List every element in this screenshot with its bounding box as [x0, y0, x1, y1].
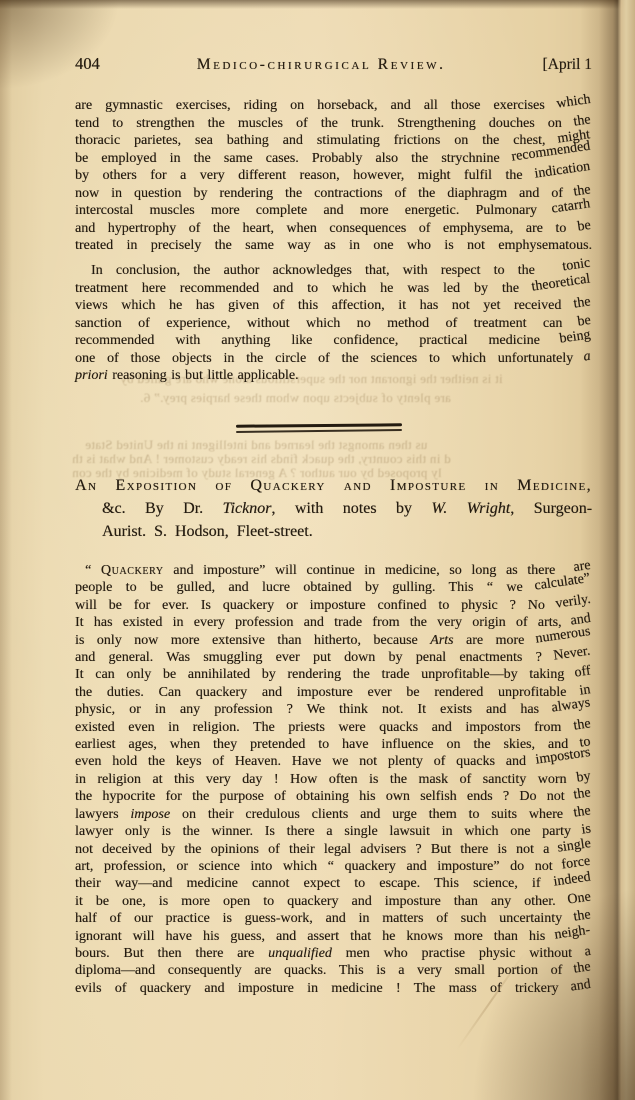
text-line: people to be gulled, and lucre obtained … — [75, 579, 592, 596]
paragraph-conclusion-2: In conclusion, the author acknowledges t… — [75, 262, 592, 385]
text-line: priori reasoning is but little applicabl… — [75, 367, 592, 385]
page-top-left-shadow — [0, 0, 120, 90]
article-title: An Exposition of Quackery and Imposture … — [75, 474, 592, 497]
section-divider-rule — [236, 424, 402, 431]
article-publisher: Aurist. S. Hodson, Fleet-street. — [75, 520, 592, 543]
text-line: is only now more extensive than hitherto… — [75, 632, 592, 649]
text-line: intercostal muscles more complete and mo… — [75, 202, 592, 220]
divider-thin-rule — [236, 429, 402, 433]
journal-title: Medico-chirurgical Review. — [197, 56, 446, 74]
text-line: In conclusion, the author acknowledges t… — [75, 262, 592, 280]
text-line: treatment here recommended and to which … — [75, 280, 592, 298]
page-bottom-right-curl-shadow — [465, 880, 635, 1100]
text-line: It has existed in every profession and t… — [75, 614, 592, 631]
text-line: physic, or in any profession ? We think … — [75, 701, 592, 718]
text-line: It can only be annihilated by rendering … — [75, 666, 592, 683]
text-line: now in question by rendering the contrac… — [75, 185, 592, 203]
text-line: even hold the keys of Heaven. Have we no… — [75, 753, 592, 770]
text-line: tend to strengthen the muscles of the tr… — [75, 115, 592, 133]
text-line: earliest ages, when they pretended to ha… — [75, 736, 592, 753]
text-line: lawyer only is the winner. Is there a si… — [75, 823, 592, 840]
text-line: and hypertrophy of the heart, when conse… — [75, 220, 592, 238]
scanned-book-page: it is neither the ignorant nor the super… — [0, 0, 635, 1100]
paragraph-conclusion-1: are gymnastic exercises, riding on horse… — [75, 97, 592, 255]
text-line: by others for a very different reason, h… — [75, 167, 592, 185]
text-line: thoracic parietes, sea bathing and stimu… — [75, 132, 592, 150]
text-line: one of those objects in the circle of th… — [75, 350, 592, 368]
text-line: and general. Was smuggling ever put down… — [75, 649, 592, 666]
text-line: not deceived by the opinions of their le… — [75, 841, 592, 858]
text-line: the duties. Can quackery and imposture e… — [75, 684, 592, 701]
article-heading: An Exposition of Quackery and Imposture … — [75, 474, 592, 543]
text-line: existed even in religion. The priests we… — [75, 719, 592, 736]
text-line: be employed in the same cases. Probably … — [75, 150, 592, 168]
text-line: are gymnastic exercises, riding on horse… — [75, 97, 592, 115]
text-line: the hypocrite for the purpose of obtaini… — [75, 788, 592, 805]
text-line: recommended with anything like confidenc… — [75, 332, 592, 350]
running-head: 404 Medico-chirurgical Review. [April 1 — [75, 54, 592, 74]
text-line: views which he has given of this affecti… — [75, 297, 592, 315]
text-line: sanction of experience, without which no… — [75, 315, 592, 333]
text-line: “ Quackery and imposture” will continue … — [75, 562, 592, 579]
text-line: treated in precisely the same way as in … — [75, 237, 592, 255]
page-left-edge-shadow — [0, 0, 12, 1100]
text-line: lawyers impose on their credulous client… — [75, 806, 592, 823]
divider-thick-rule — [236, 423, 402, 428]
text-line: will be for ever. Is quackery or impostu… — [75, 597, 592, 614]
article-byline: &c. By Dr. Ticknor, with notes by W. Wri… — [75, 497, 592, 520]
text-line: art, profession, or science into which “… — [75, 858, 592, 875]
text-line: in religion at this very day ! How often… — [75, 771, 592, 788]
